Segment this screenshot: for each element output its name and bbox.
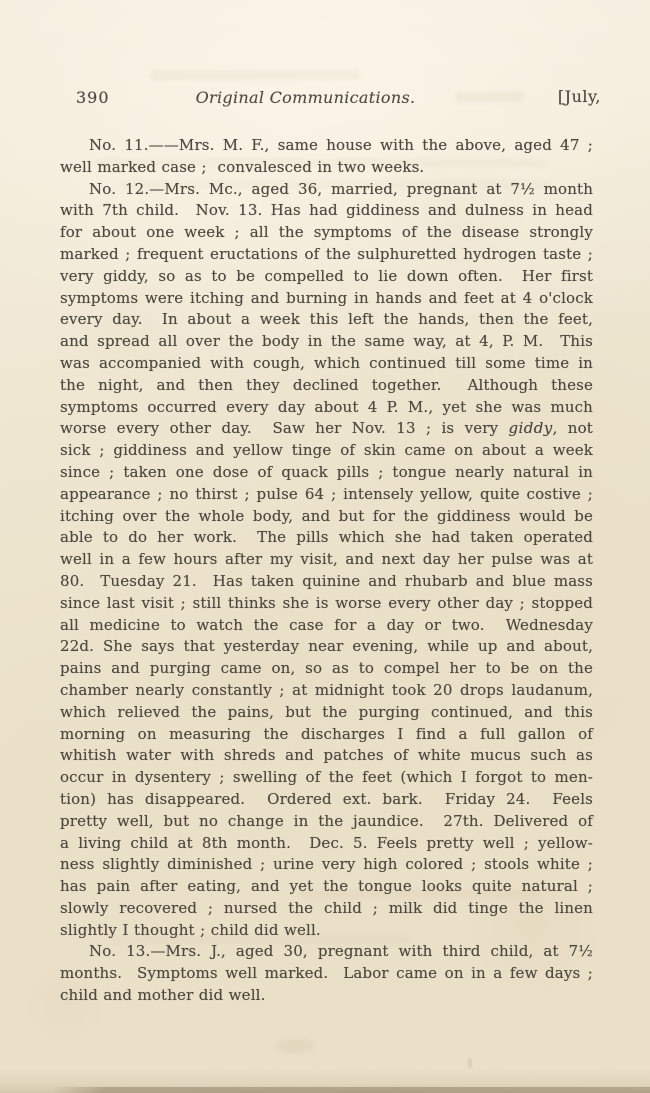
text-line: chamber nearly constantly ; at midnight … <box>60 680 593 702</box>
text-line: months. Symptoms well marked. Labor came… <box>60 963 593 985</box>
text-line: well marked case ; convalesced in two we… <box>60 157 593 179</box>
text-line: marked ; frequent eructations of the sul… <box>60 244 593 266</box>
text-line: since last visit ; still thinks she is w… <box>60 593 593 615</box>
text-line: No. 12.—Mrs. Mc., aged 36, married, preg… <box>60 179 593 201</box>
text-line: with 7th child. Nov. 13. Has had giddine… <box>60 200 593 222</box>
text-line: very giddy, so as to be compelled to lie… <box>60 266 593 288</box>
text-line: ness slightly diminished ; urine very hi… <box>60 854 593 876</box>
text-line: able to do her work. The pills which she… <box>60 527 593 549</box>
bleedthrough-mark <box>150 70 360 80</box>
text-line: appearance ; no thirst ; pulse 64 ; inte… <box>60 484 593 506</box>
text-line: for about one week ; all the symptoms of… <box>60 222 593 244</box>
text-line: pretty well, but no change in the jaundi… <box>60 811 593 833</box>
text-line: well in a few hours after my visit, and … <box>60 549 593 571</box>
bleedthrough-speck <box>468 1058 472 1068</box>
text-line: whitish water with shreds and patches of… <box>60 745 593 767</box>
text-line: occur in dysentery ; swelling of the fee… <box>60 767 593 789</box>
text-line: since ; taken one dose of quack pills ; … <box>60 462 593 484</box>
text-line: every day. In about a week this left the… <box>60 309 593 331</box>
scan-bottom-edge-shadow <box>0 1087 650 1093</box>
body-text: No. 11.——Mrs. M. F., same house with the… <box>60 135 593 1007</box>
text-line: a living child at 8th month. Dec. 5. Fee… <box>60 833 593 855</box>
text-line: 22d. She says that yesterday near evenin… <box>60 636 593 658</box>
text-line: morning on measuring the discharges I fi… <box>60 724 593 746</box>
text-line: pains and purging came on, so as to comp… <box>60 658 593 680</box>
text-line: has pain after eating, and yet the tongu… <box>60 876 593 898</box>
text-line: itching over the whole body, and but for… <box>60 506 593 528</box>
text-line: worse every other day. Saw her Nov. 13 ;… <box>60 418 593 440</box>
text-line: sick ; giddiness and yellow tinge of ski… <box>60 440 593 462</box>
text-line: symptoms occurred every day about 4 P. M… <box>60 397 593 419</box>
running-title: Original Communications. <box>38 88 573 107</box>
text-line: was accompanied with cough, which contin… <box>60 353 593 375</box>
text-line: No. 11.——Mrs. M. F., same house with the… <box>60 135 593 157</box>
text-line: child and mother did well. <box>60 985 593 1007</box>
page-header: 390 Original Communications. [July, <box>60 88 595 112</box>
text-line: and spread all over the body in the same… <box>60 331 593 353</box>
text-line: tion) has disappeared. Ordered ext. bark… <box>60 789 593 811</box>
text-line: which relieved the pains, but the purgin… <box>60 702 593 724</box>
text-line: all medicine to watch the case for a day… <box>60 615 593 637</box>
issue-date: [July, <box>558 87 601 106</box>
text-line: 80. Tuesday 21. Has taken quinine and rh… <box>60 571 593 593</box>
text-line: No. 13.—Mrs. J., aged 30, pregnant with … <box>60 941 593 963</box>
text-line: slowly recovered ; nursed the child ; mi… <box>60 898 593 920</box>
text-line: symptoms were itching and burning in han… <box>60 288 593 310</box>
bleedthrough-smudge <box>275 1038 315 1054</box>
text-line: the night, and then they declined togeth… <box>60 375 593 397</box>
scanned-journal-page: 390 Original Communications. [July, No. … <box>0 0 650 1093</box>
text-line: slightly I thought ; child did well. <box>60 920 593 942</box>
